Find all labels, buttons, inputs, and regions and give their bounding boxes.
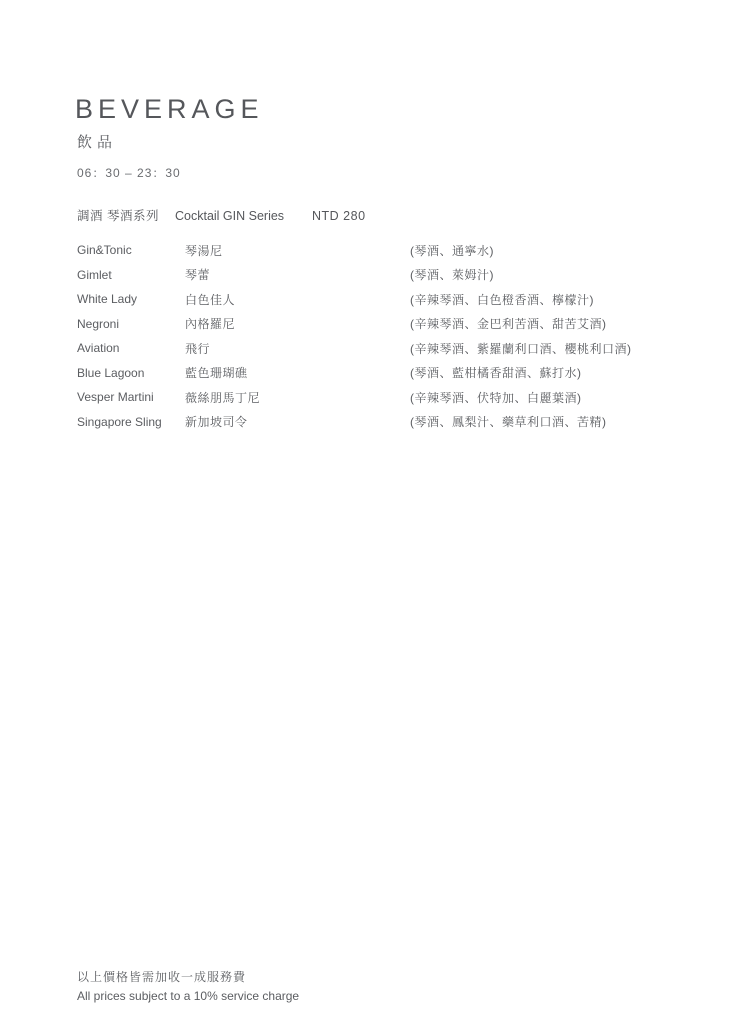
item-ingredients: (辛辣琴酒、伏特加、白麗葉酒) (410, 389, 720, 406)
item-name-zh: 白色佳人 (185, 291, 410, 308)
item-name-zh: 琴湯尼 (185, 242, 410, 259)
footer-note-en: All prices subject to a 10% service char… (77, 987, 299, 1006)
item-name-zh: 內格羅尼 (185, 315, 410, 332)
menu-item-row: Blue Lagoon 藍色珊瑚礁 (琴酒、藍柑橘香甜酒、蘇打水) (77, 361, 720, 386)
menu-item-row: Aviation 飛行 (辛辣琴酒、紫羅蘭利口酒、櫻桃利口酒) (77, 336, 720, 361)
item-name-en: Gin&Tonic (77, 243, 185, 257)
item-ingredients: (琴酒、通寧水) (410, 242, 720, 259)
menu-page: BEVERAGE 飲品 06：30 – 23：30 調酒 琴酒系列 Cockta… (0, 0, 730, 1024)
menu-item-row: Vesper Martini 薇絲朋馬丁尼 (辛辣琴酒、伏特加、白麗葉酒) (77, 385, 720, 410)
menu-item-row: Negroni 內格羅尼 (辛辣琴酒、金巴利苦酒、甜苦艾酒) (77, 312, 720, 337)
section-name-en: Cocktail GIN Series (175, 209, 312, 223)
page-title: BEVERAGE (75, 94, 264, 125)
section-price: NTD 280 (312, 209, 366, 223)
item-name-en: Gimlet (77, 268, 185, 282)
item-ingredients: (琴酒、鳳梨汁、藥草利口酒、苦精) (410, 413, 720, 430)
item-name-en: Negroni (77, 317, 185, 331)
section-header: 調酒 琴酒系列 Cocktail GIN Series NTD 280 (77, 206, 700, 224)
item-name-en: Blue Lagoon (77, 366, 185, 380)
menu-item-row: Gimlet 琴蕾 (琴酒、萊姆汁) (77, 263, 720, 288)
item-ingredients: (琴酒、藍柑橘香甜酒、蘇打水) (410, 364, 720, 381)
item-name-zh: 飛行 (185, 340, 410, 357)
menu-item-row: Singapore Sling 新加坡司令 (琴酒、鳳梨汁、藥草利口酒、苦精) (77, 410, 720, 435)
item-name-zh: 新加坡司令 (185, 413, 410, 430)
section-name-zh: 調酒 琴酒系列 (77, 206, 175, 224)
footer-note: 以上價格皆需加收一成服務費 All prices subject to a 10… (77, 968, 299, 1006)
item-name-zh: 琴蕾 (185, 266, 410, 283)
item-ingredients: (辛辣琴酒、金巴利苦酒、甜苦艾酒) (410, 315, 720, 332)
item-name-en: Vesper Martini (77, 390, 185, 404)
service-hours: 06：30 – 23：30 (77, 164, 181, 181)
item-ingredients: (辛辣琴酒、紫羅蘭利口酒、櫻桃利口酒) (410, 340, 720, 357)
item-ingredients: (辛辣琴酒、白色橙香酒、檸檬汁) (410, 291, 720, 308)
item-name-zh: 藍色珊瑚礁 (185, 364, 410, 381)
item-name-zh: 薇絲朋馬丁尼 (185, 389, 410, 406)
item-ingredients: (琴酒、萊姆汁) (410, 266, 720, 283)
item-name-en: Aviation (77, 341, 185, 355)
page-subtitle-zh: 飲品 (77, 131, 117, 152)
footer-note-zh: 以上價格皆需加收一成服務費 (77, 968, 299, 987)
item-name-en: Singapore Sling (77, 415, 185, 429)
menu-item-row: White Lady 白色佳人 (辛辣琴酒、白色橙香酒、檸檬汁) (77, 287, 720, 312)
item-name-en: White Lady (77, 292, 185, 306)
menu-item-row: Gin&Tonic 琴湯尼 (琴酒、通寧水) (77, 238, 720, 263)
menu-item-list: Gin&Tonic 琴湯尼 (琴酒、通寧水) Gimlet 琴蕾 (琴酒、萊姆汁… (77, 238, 720, 434)
